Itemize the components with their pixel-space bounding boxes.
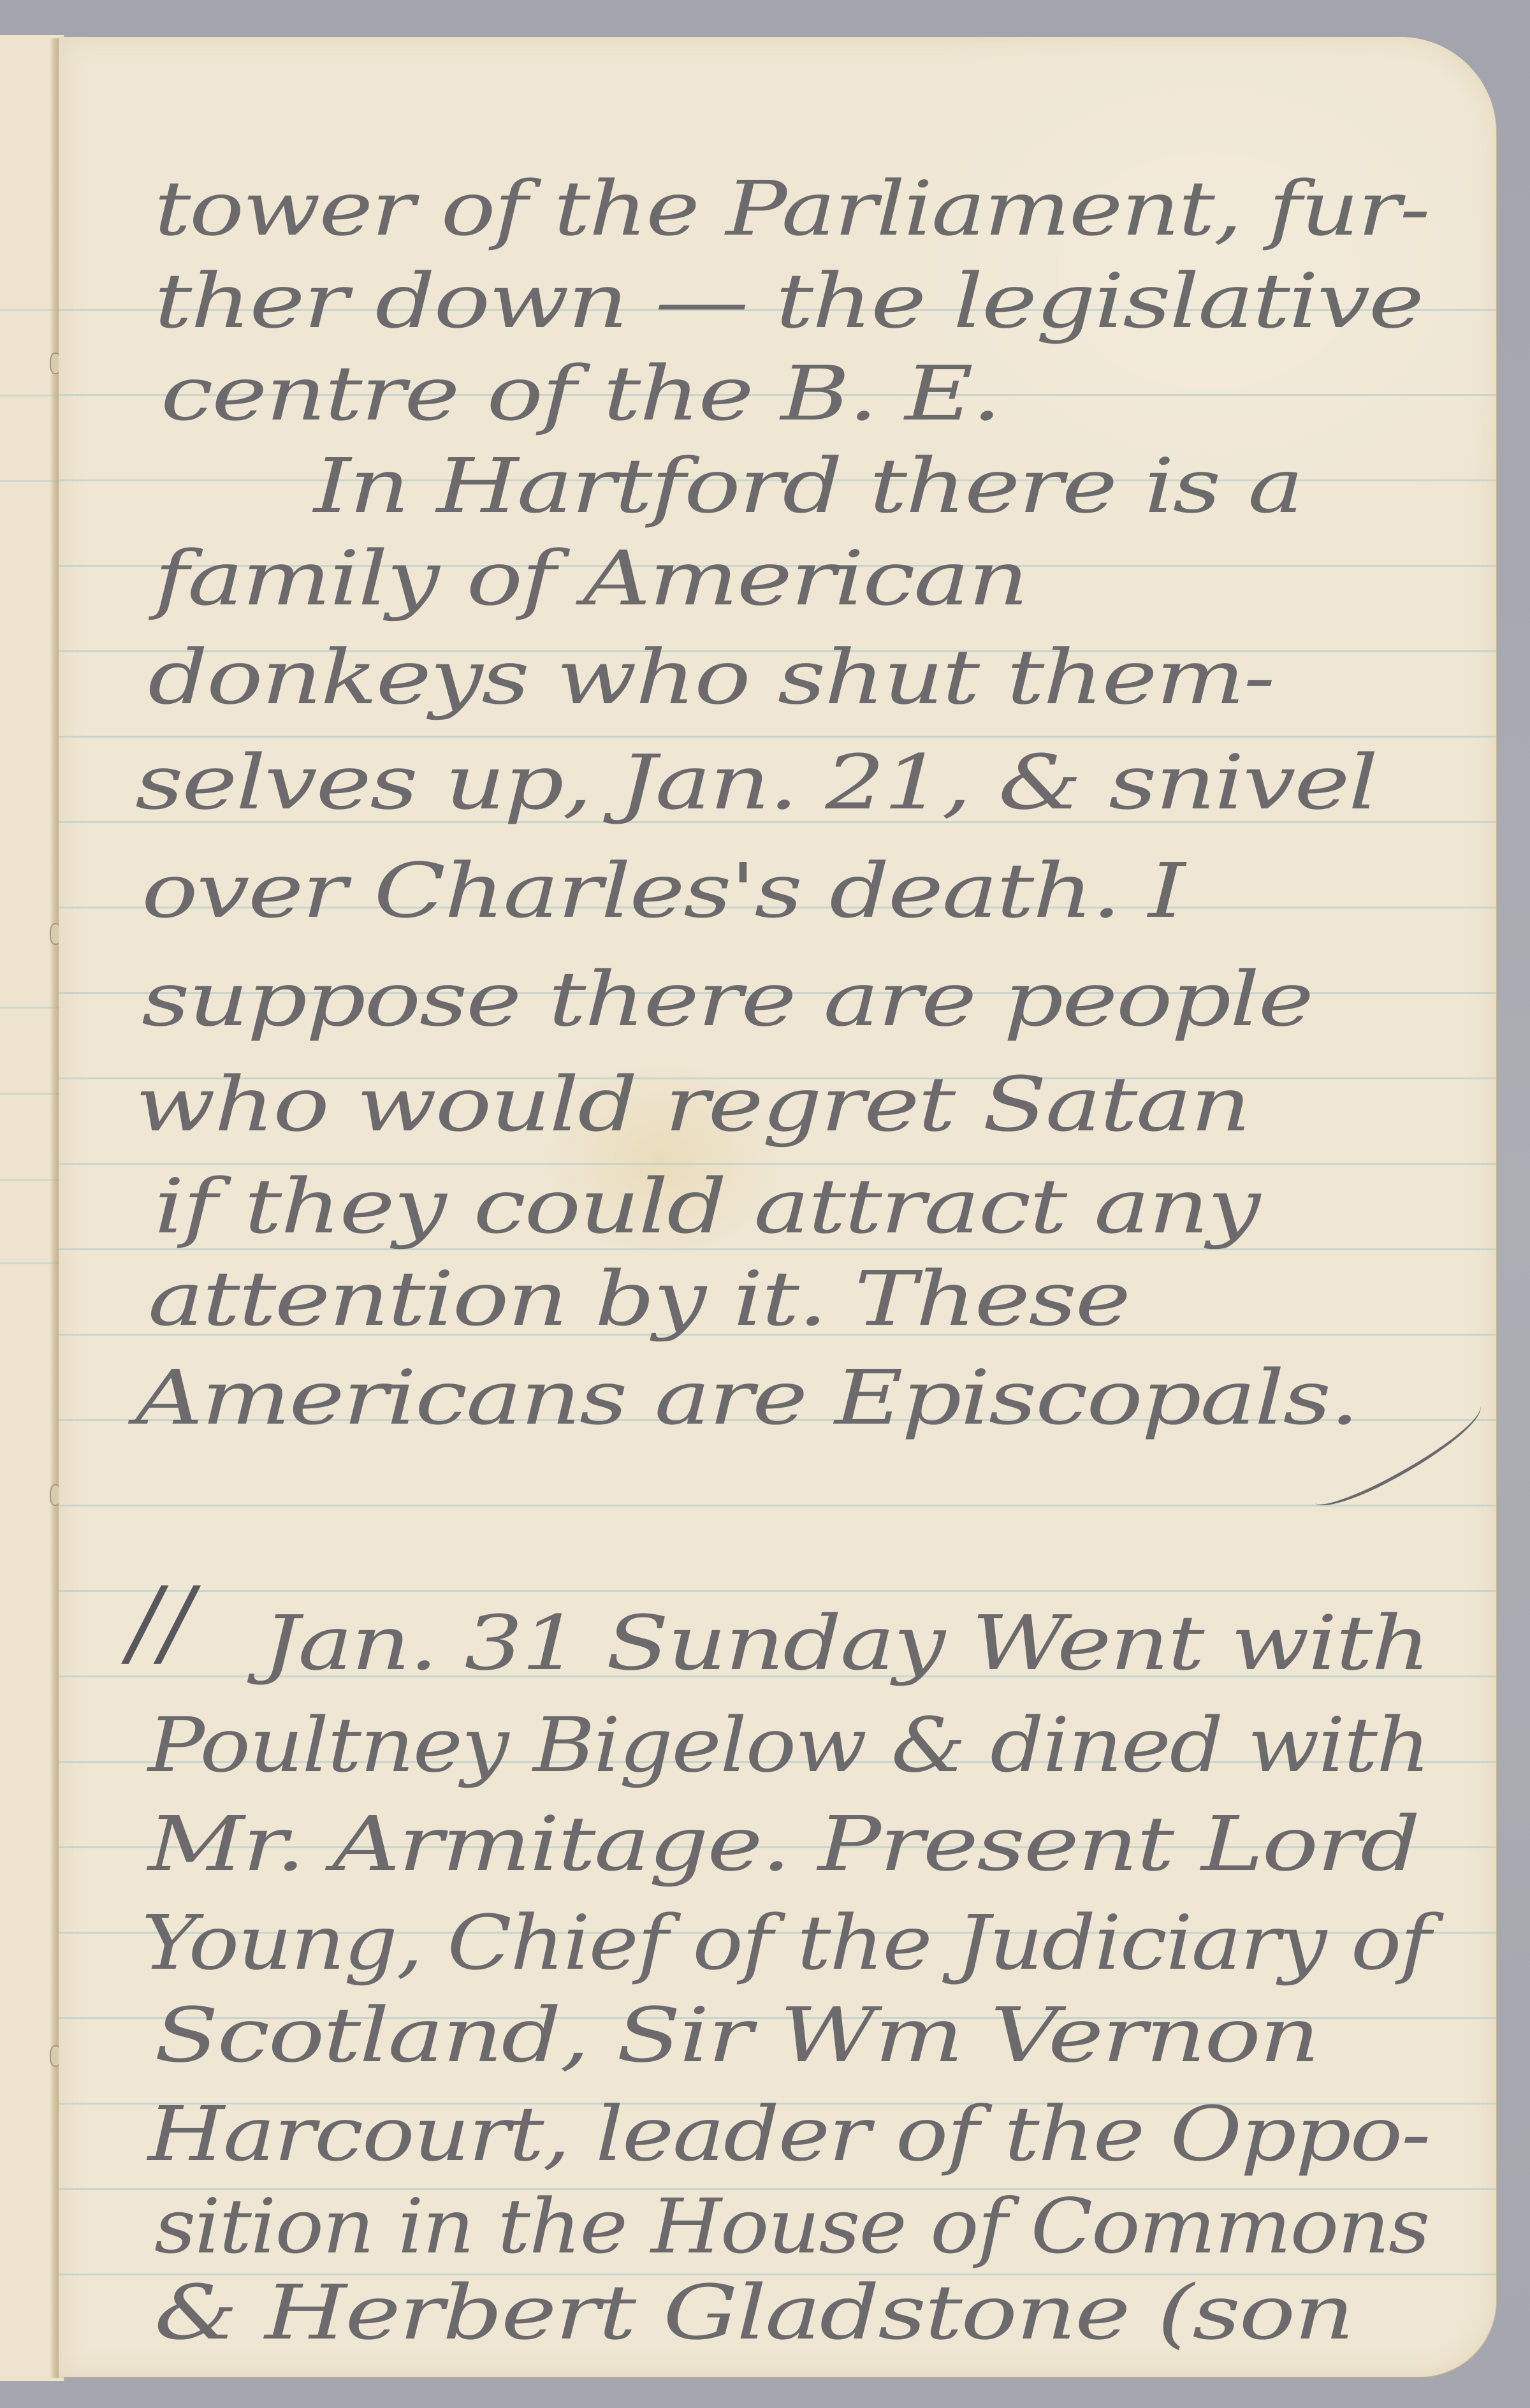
notebook-page: tower of the Parliament, fur- ther down … [59,37,1496,2377]
handwritten-line-10: who would regret Satan [135,1060,1249,1148]
ruled-line [59,1505,1496,1507]
handwritten-line-5: family of American [154,534,1027,622]
handwritten-line-15: Poultney Bigelow & dined with [148,1701,1429,1789]
entry-date-heading: Jan. 31 Sunday [263,1599,944,1687]
notebook-spine [50,38,59,2378]
handwritten-line-21: & Herbert Gladstone (son [154,2268,1353,2356]
handwritten-line-12: attention by it. These [148,1255,1129,1343]
handwritten-line-8: over Charles's death. I [142,847,1184,935]
handwritten-line-3: centre of the B. E. [161,349,1000,437]
handwritten-line-19: Harcourt, leader of the Oppo- [148,2090,1429,2178]
handwritten-line-16: Mr. Armitage. Present Lord [148,1800,1419,1888]
handwritten-line-6: donkeys who shut them- [148,633,1274,721]
entry-date-rest: Went with [944,1599,1429,1687]
handwritten-line-17: Young, Chief of the Judiciary of [142,1899,1430,1987]
ruled-line [59,1590,1496,1592]
handwritten-line-13: Americans are Episcopals. [135,1354,1358,1441]
handwritten-line-18: Scotland, Sir Wm Vernon [154,1991,1318,2079]
handwritten-line-11: if they could attract any [154,1162,1259,1250]
handwritten-line-9: suppose there are people [142,955,1312,1043]
handwritten-line-20: sition in the House of Commons [154,2182,1429,2270]
margin-mark: // [129,1567,193,1678]
handwritten-line-2: ther down — the legislative [154,257,1423,345]
handwritten-line-7: selves up, Jan. 21, & snivel [135,738,1377,826]
handwritten-line-14: Jan. 31 Sunday Went with [263,1599,1429,1687]
handwritten-line-1: tower of the Parliament, fur- [154,164,1429,252]
ruled-line [59,736,1496,738]
handwritten-line-4: In Hartford there is a [314,442,1302,530]
